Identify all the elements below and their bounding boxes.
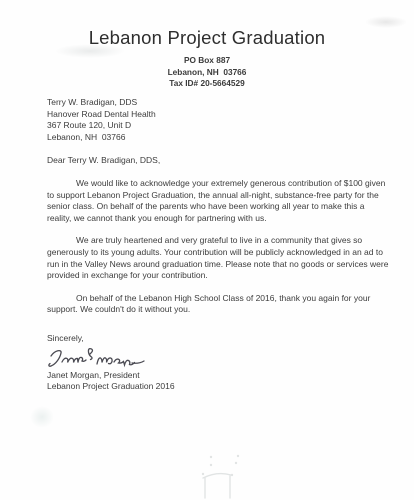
letter-body: Terry W. Bradigan, DDS Hanover Road Dent… [47, 97, 389, 393]
scanned-letter-page: Lebanon Project Graduation PO Box 887 Le… [0, 0, 414, 500]
bleed-through-sketch [190, 448, 270, 500]
recipient-address-block: Terry W. Bradigan, DDS Hanover Road Dent… [47, 97, 389, 143]
paragraph-1: We would like to acknowledge your extrem… [47, 178, 389, 224]
recipient-city: Lebanon, NH 03766 [47, 132, 389, 144]
organization-title: Lebanon Project Graduation [0, 27, 414, 49]
tax-id-line: Tax ID# 20-5664529 [0, 78, 414, 90]
signature-ink [47, 347, 151, 371]
salutation: Dear Terry W. Bradigan, DDS, [47, 155, 389, 167]
signer-name-line: Janet Morgan, President [47, 370, 389, 382]
po-box-line: PO Box 887 [0, 55, 414, 67]
recipient-street: 367 Route 120, Unit D [47, 120, 389, 132]
paragraph-2: We are truly heartened and very grateful… [47, 235, 389, 281]
org-city-line: Lebanon, NH 03766 [0, 67, 414, 79]
letterhead: Lebanon Project Graduation PO Box 887 Le… [0, 0, 414, 90]
handwritten-signature [47, 347, 389, 369]
paragraph-3: On behalf of the Lebanon High School Cla… [47, 293, 389, 316]
scan-smudge-mid-left [30, 406, 54, 428]
signer-org-line: Lebanon Project Graduation 2016 [47, 381, 389, 393]
recipient-company: Hanover Road Dental Health [47, 109, 389, 121]
recipient-name: Terry W. Bradigan, DDS [47, 97, 389, 109]
closing-word: Sincerely, [47, 333, 389, 345]
